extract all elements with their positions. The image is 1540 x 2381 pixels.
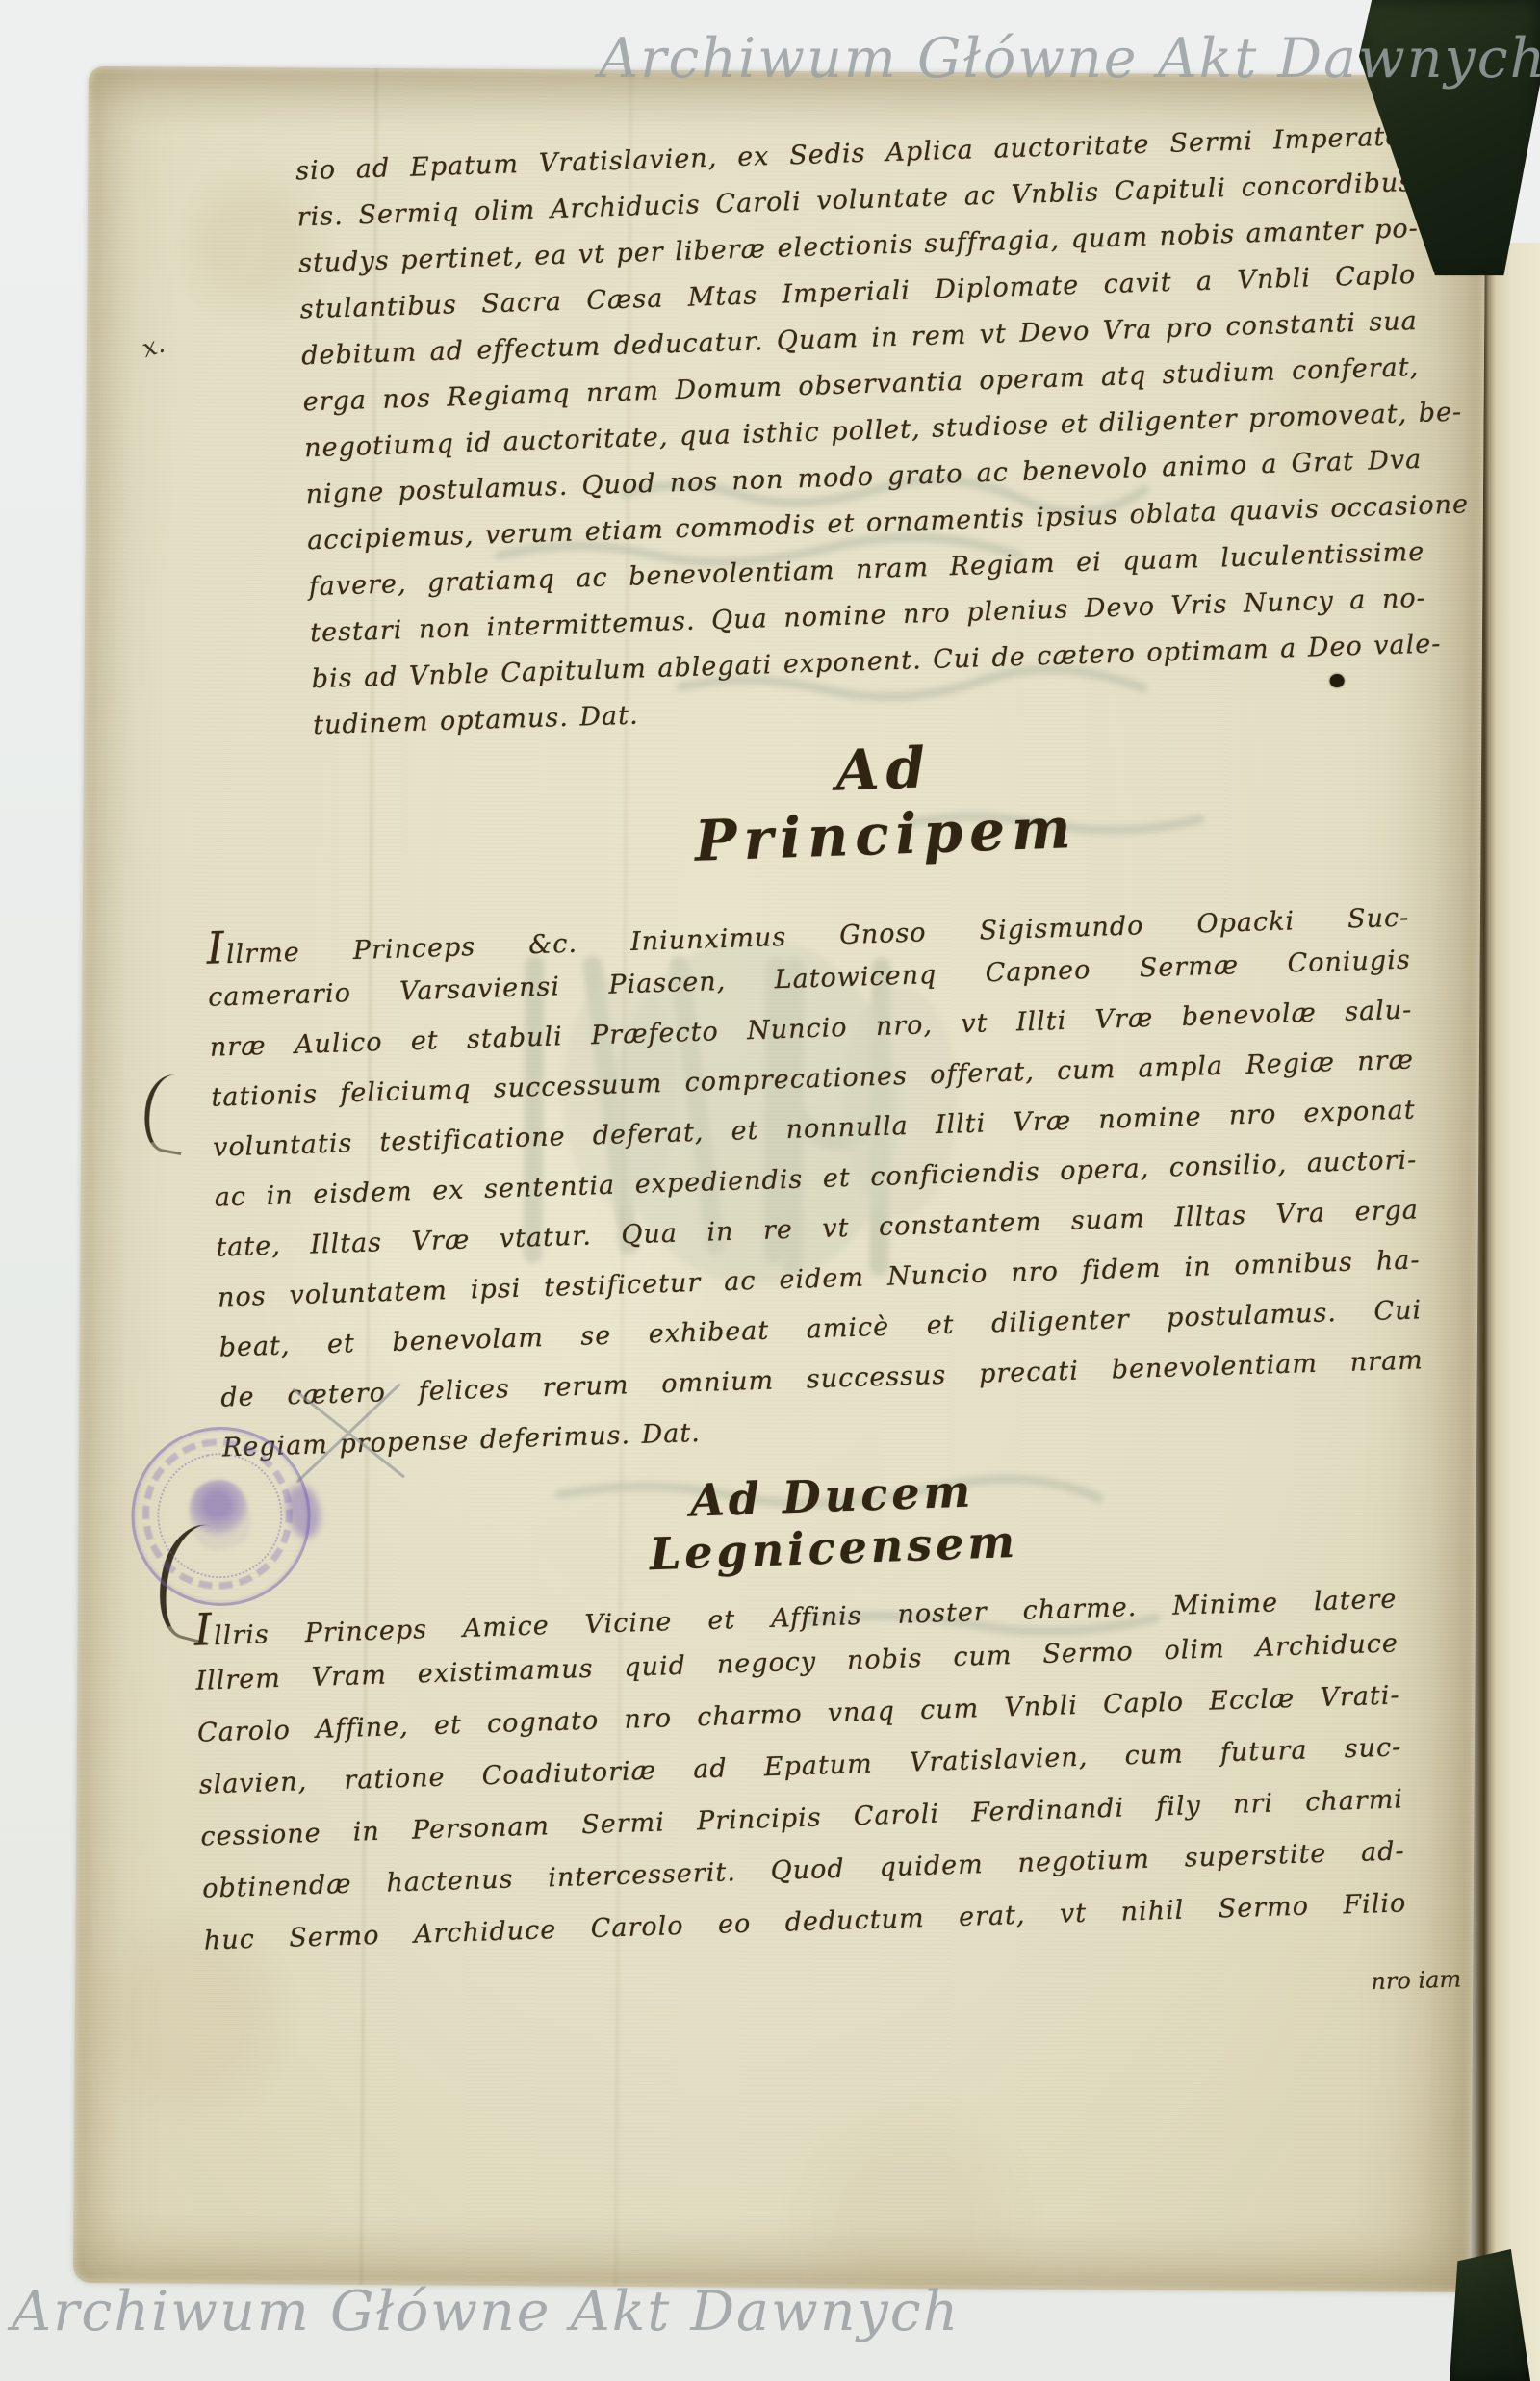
letter-block-ad-ducem: Illris Princeps Amice Vicine et Affinis …	[193, 1566, 1407, 1967]
margin-ink-mark: x.	[139, 330, 167, 364]
pencil-cross-mark	[283, 1365, 415, 1497]
ink-blot	[1330, 674, 1345, 687]
ink-flourish	[139, 1071, 195, 1155]
archive-watermark-bottom: Archiwum Główne Akt Dawnych	[12, 2280, 960, 2343]
manuscript-page: sio ad Epatum Vratislavien, ex Sedis Apl…	[73, 66, 1486, 2292]
adjacent-page-edge	[1490, 243, 1540, 2381]
section-heading-ad-principem: Ad Principem	[656, 729, 1113, 875]
catchword: nro iam	[1269, 1965, 1462, 1998]
section-heading-ad-ducem-legnicensem: Ad Ducem Legnicensem	[514, 1459, 1152, 1585]
letter-block-continuation: sio ad Epatum Vratislavien, ex Sedis Apl…	[295, 114, 1429, 749]
manuscript-scan: sio ad Epatum Vratislavien, ex Sedis Apl…	[0, 0, 1540, 2381]
